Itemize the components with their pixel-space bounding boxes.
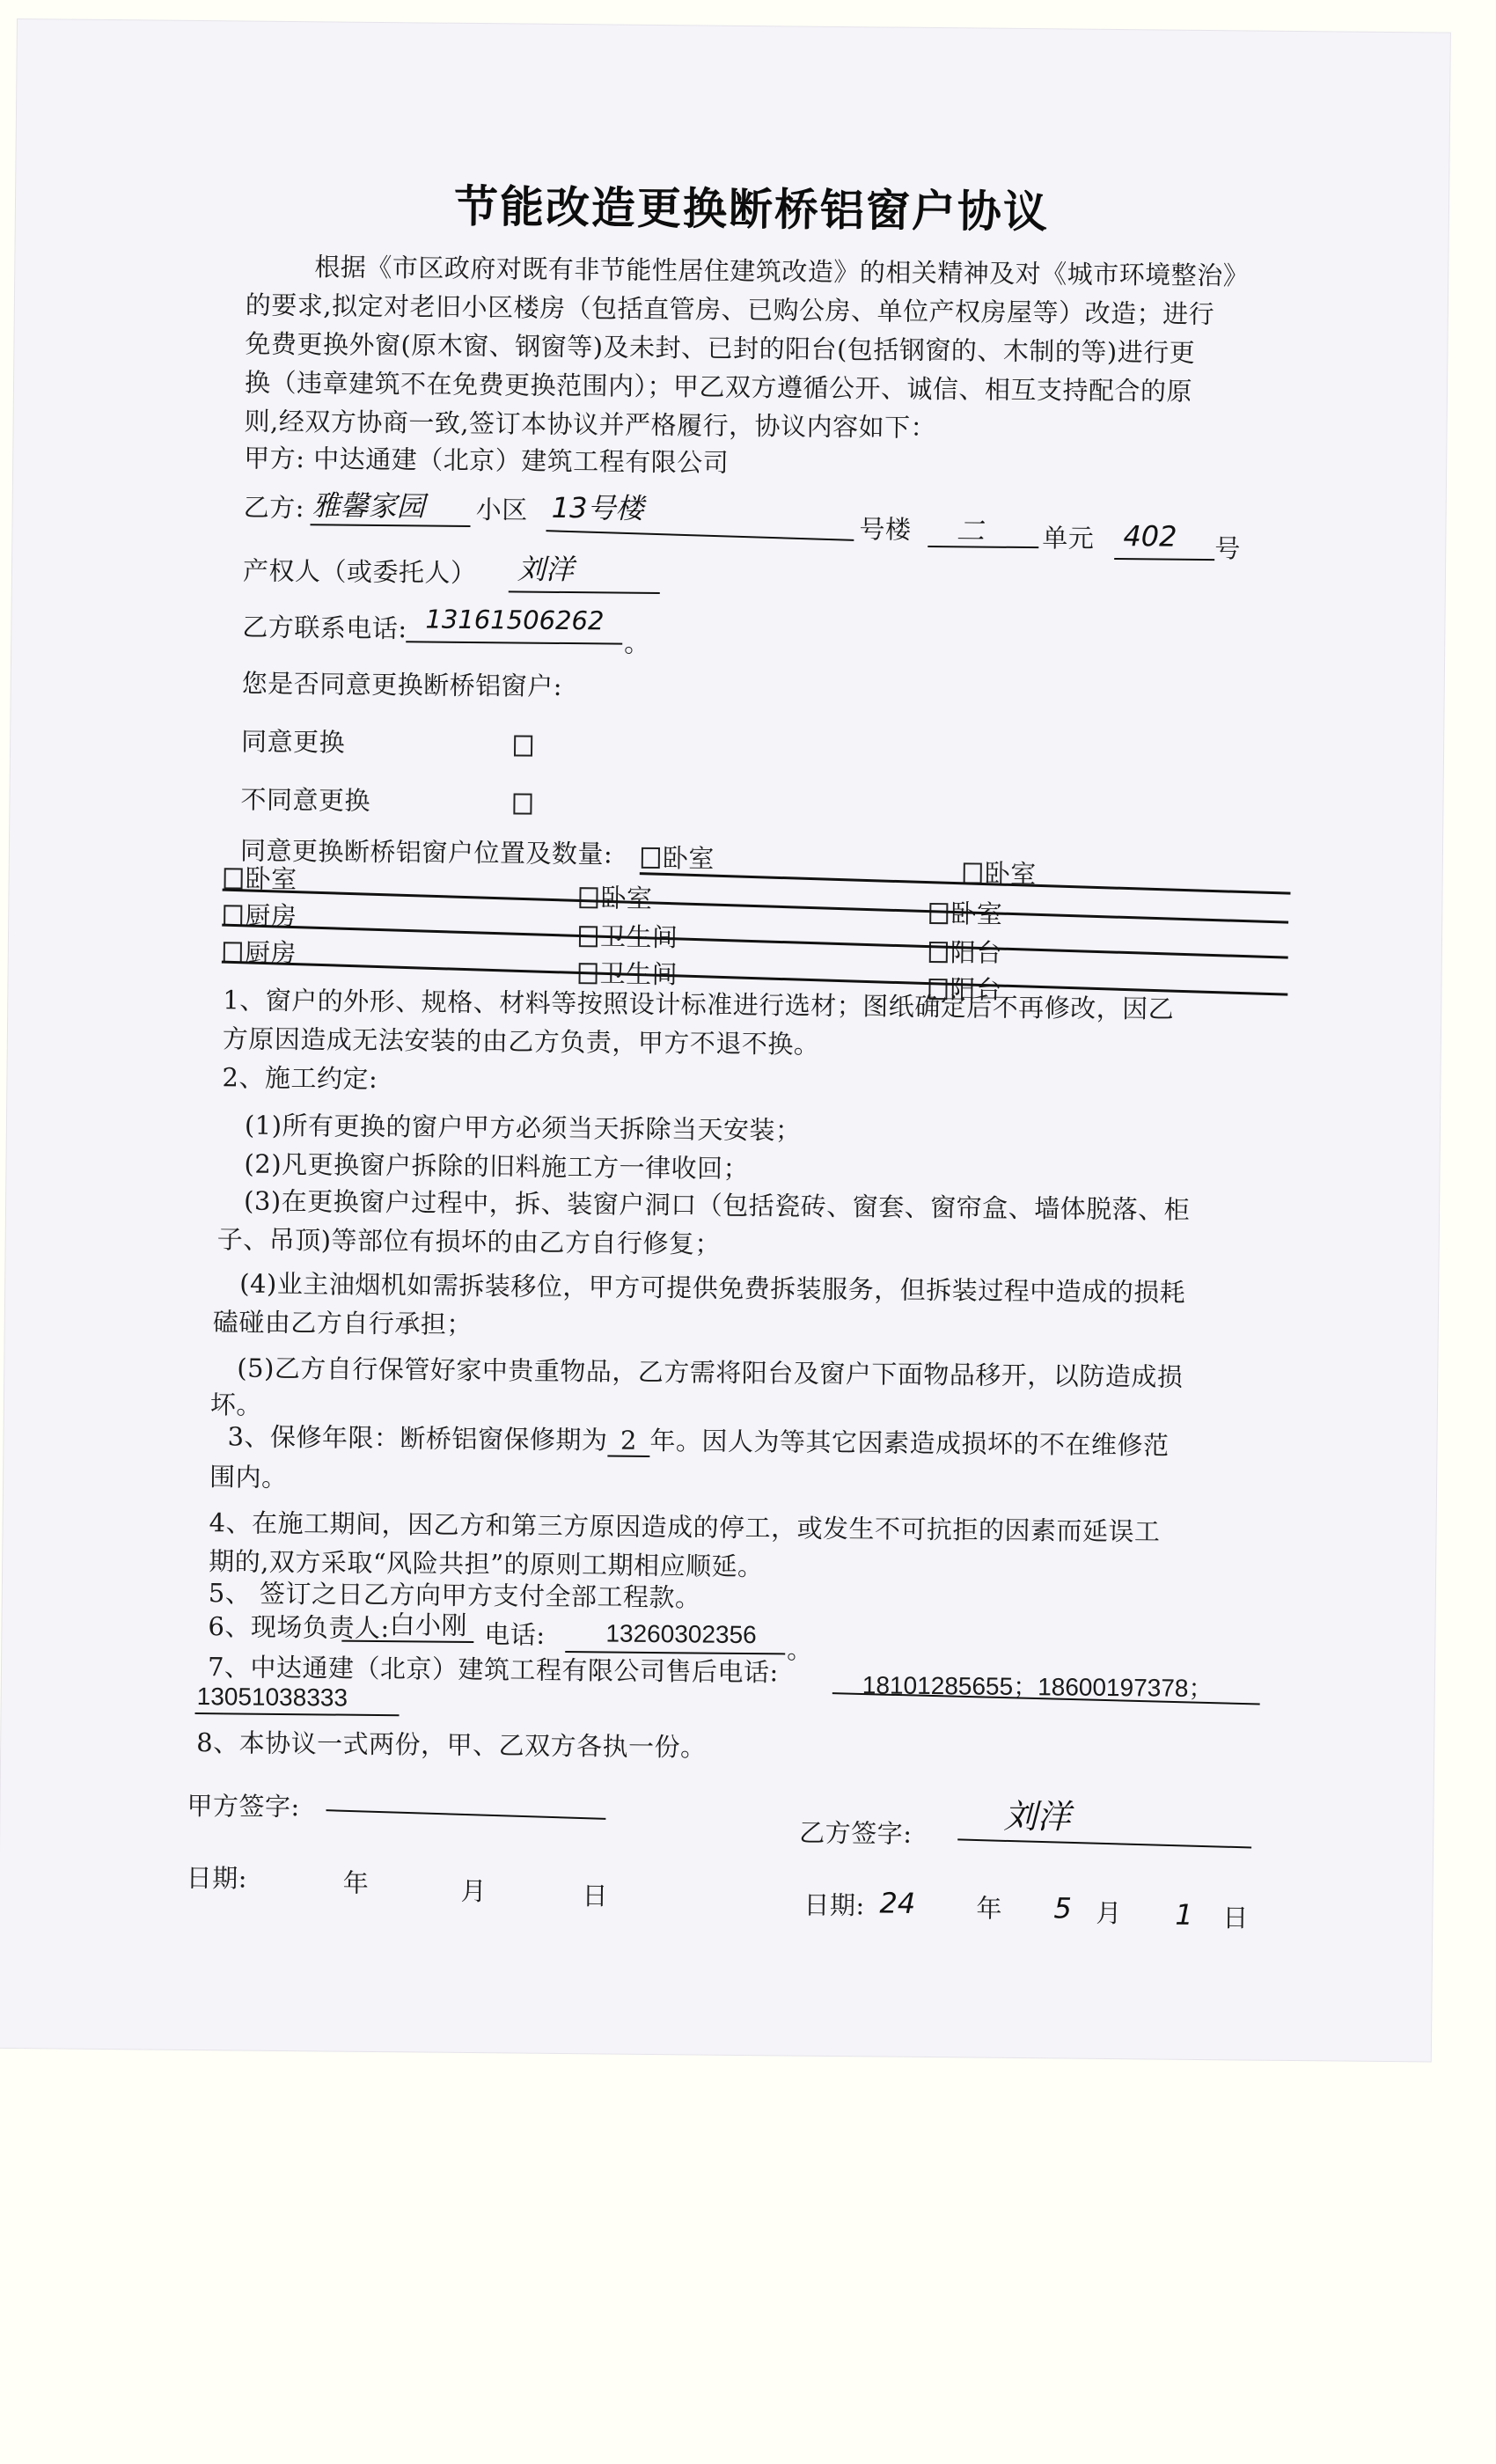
building-suffix: 号楼 [859, 510, 911, 546]
party-b-signature-line [957, 1838, 1251, 1848]
intro-line: 的要求,拟定对老旧小区楼房（包括直管房、已购公房、单位产权房屋等）改造；进行 [246, 286, 1215, 332]
party-a-signature-line[interactable] [326, 1809, 605, 1820]
room-field[interactable]: 402 [1123, 519, 1177, 554]
party-a-label: 甲方: [244, 443, 305, 473]
party-b-year-label: 年 [976, 1889, 1002, 1925]
location-checkbox-item[interactable]: 卧室 [642, 839, 715, 876]
clause-3: 3、保修年限：断桥铝窗保修期为2年。因人为等其它因素造成损坏的不在维修范 [227, 1417, 1169, 1462]
clause-4: 4、在施工期间，因乙方和第三方原因造成的停工，或发生不可抗拒的因素而延误工 [209, 1503, 1160, 1548]
room-underline [1114, 558, 1214, 561]
party-a-row: 甲方: 中达通建（北京）建筑工程有限公司 [244, 438, 729, 479]
consent-question: 您是否同意更换断桥铝窗户: [242, 664, 563, 702]
clause-8: 8、本协议一式两份，甲、乙双方各执一份。 [196, 1723, 707, 1764]
clause-2-3-cont: 子、吊顶)等部位有损坏的由乙方自行修复； [217, 1220, 722, 1260]
party-b-signature[interactable]: 刘洋 [1003, 1789, 1071, 1838]
clause-2-5: (5)乙方自行保管好家中贵重物品，乙方需将阳台及窗户下面物品移开，以防造成损 [237, 1348, 1183, 1393]
clause-2-heading: 2、施工约定: [222, 1058, 378, 1096]
party-a-day-label: 日 [582, 1876, 608, 1912]
warranty-years: 2 [607, 1426, 649, 1457]
intro-line: 根据《市区政府对既有非节能性居住建筑改造》的相关精神及对《城市环境整治》 [314, 247, 1249, 292]
intro-line: 则,经双方协商一致,签订本协议并严格履行，协议内容如下： [244, 401, 936, 444]
clauses: 1、窗户的外形、规格、材料等按照设计标准进行选材；图纸确定后不再修改，因乙 方原… [18, 19, 1450, 33]
location-checkbox-item[interactable]: 阳台 [929, 933, 1002, 970]
row-underline [222, 924, 1288, 959]
disagree-label: 不同意更换 [240, 780, 370, 817]
owner-label: 产权人（或委托人） [243, 551, 477, 590]
community-underline [310, 524, 470, 527]
party-b-label: 乙方: [244, 488, 305, 524]
phone-label: 乙方联系电话: [242, 607, 407, 645]
building-field[interactable]: 13号楼 [552, 486, 644, 527]
community-field[interactable]: 雅馨家园 [312, 483, 425, 524]
party-b-day[interactable]: 1 [1175, 1898, 1193, 1932]
party-b-row: 乙方: 雅馨家园 小区 13号楼 号楼 二 单元 402 号 [18, 19, 1450, 33]
party-a-date-label: 日期: [187, 1859, 248, 1896]
party-a-month-label: 月 [460, 1872, 487, 1908]
party-b-month[interactable]: 5 [1053, 1891, 1072, 1925]
clause-6-label: 6、现场负责人: [208, 1607, 390, 1645]
location-checkbox-item[interactable]: 卧室 [579, 878, 652, 915]
party-b-month-label: 月 [1096, 1894, 1122, 1930]
clause-3-cont: 围内。 [209, 1457, 288, 1494]
intro-line: 换（违章建筑不在免费更换范围内）；甲乙双方遵循公开、诚信、相互支持配合的原 [245, 363, 1192, 407]
site-manager-phone: 13260302356 [605, 1620, 757, 1650]
disagree-checkbox[interactable] [513, 793, 534, 816]
phone-underline [406, 641, 622, 644]
clause-2-4: (4)业主油烟机如需拆装移位，甲方可提供免费拆装服务，但拆装过程中造成的损耗 [239, 1264, 1185, 1309]
party-a-year-label: 年 [343, 1864, 370, 1900]
window-locations: 同意更换断桥铝窗户位置及数量: 卧室 卧室 卧室 卧室 卧室 厨房 卫生间 阳台… [18, 19, 1450, 33]
clause-2-1: (1)所有更换的窗户甲方必须当天拆除当天安装； [245, 1106, 802, 1148]
document-title: 节能改造更换断桥铝窗户协议 [454, 172, 1050, 240]
party-b-day-label: 日 [1222, 1898, 1249, 1934]
clause-2-2: (2)凡更换窗户拆除的旧料施工方一律收回； [244, 1145, 749, 1186]
clause-2-3: (3)在更换窗户过程中，拆、装窗户洞口（包括瓷砖、窗套、窗帘盒、墙体脱落、柜 [244, 1182, 1190, 1227]
intro-line: 免费更换外窗(原木窗、钢窗等)及未封、已封的阳台(包括钢窗的、木制的等)进行更 [245, 324, 1195, 369]
party-b-year[interactable]: 24 [879, 1887, 915, 1920]
after-sales-underline-2 [195, 1712, 400, 1716]
room-suffix: 号 [1214, 529, 1241, 565]
party-b-date-label: 日期: [803, 1886, 865, 1923]
party-b-signature-label: 乙方签字: [799, 1814, 913, 1851]
unit-suffix: 单元 [1042, 518, 1094, 555]
clause-6-phone-label: 电话: [484, 1615, 546, 1652]
party-a-name: 中达通建（北京）建筑工程有限公司 [313, 444, 729, 478]
signature-section: 甲方签字: 乙方签字: 刘洋 日期: 年 月 日 日期: 24 年 5 月 1 … [18, 19, 1450, 33]
community-suffix: 小区 [475, 490, 527, 527]
party-a-signature-label: 甲方签字: [187, 1786, 300, 1823]
row-underline [223, 889, 1289, 924]
agree-label: 同意更换 [241, 722, 345, 759]
site-manager-name: 白小刚 [389, 1605, 467, 1642]
after-sales-phone-2: 13051038333 [197, 1683, 348, 1712]
clause-1-cont: 方原因造成无法安装的由乙方负责，甲方不退不换。 [223, 1019, 820, 1061]
unit-field[interactable]: 二 [956, 509, 984, 549]
clause-2-4-cont: 磕碰由乙方自行承担； [213, 1302, 473, 1341]
owner-field[interactable]: 刘洋 [517, 546, 574, 588]
phone-suffix: 。 [624, 624, 650, 660]
phone-field[interactable]: 13161506262 [425, 604, 604, 635]
building-underline [546, 530, 854, 541]
agree-checkbox[interactable] [514, 735, 535, 758]
scanned-paper: 节能改造更换断桥铝窗户协议 根据《市区政府对既有非节能性居住建筑改造》的相关精神… [0, 19, 1450, 2062]
intro-paragraph: 根据《市区政府对既有非节能性居住建筑改造》的相关精神及对《城市环境整治》 的要求… [18, 19, 1450, 33]
owner-underline [509, 590, 660, 594]
clause-6-suffix: 。 [787, 1630, 813, 1666]
